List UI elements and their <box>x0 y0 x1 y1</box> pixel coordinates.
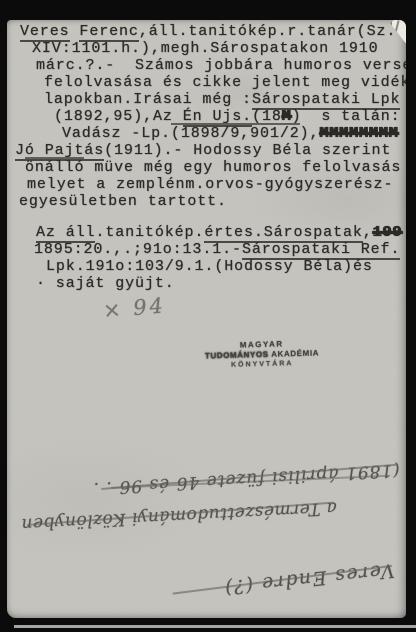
handwritten-signature: Veres Endre (?) <box>164 559 395 605</box>
typed-segment: lapokban.Irásai még : <box>44 91 252 108</box>
typed-line: melyet a zemplénm.orvos-gyógyszerész- <box>7 176 406 193</box>
typed-line: önálló müve még egy humoros felolvasás <box>7 159 406 176</box>
scan-edge-stripe <box>14 625 416 628</box>
typed-segment: (1898/9,901/2 <box>171 123 300 142</box>
typed-line: Veres Ferenc,áll.tanitókép.r.tanár(Sz. <box>7 23 406 40</box>
library-stamp: MAGYAR TUDOMÁNYOS AKADÉMIA KÖNYVTÁRA <box>195 338 330 371</box>
typed-segment: ) s talán: <box>292 108 401 125</box>
typed-segment: , <box>363 224 373 241</box>
typed-segment: ), <box>300 125 320 142</box>
handwritten-note-1891: (1891 áprilisi füzete 46 és 96 . . <box>92 460 401 499</box>
typed-line: Az áll.tanitókép.értes.Sárospatak,199 <box>7 224 406 241</box>
typed-segment: 199 <box>373 224 403 241</box>
typed-line: · saját gyüjt. <box>7 275 406 292</box>
stamp-line-2-word2: AKADÉMIA <box>269 349 320 359</box>
typed-line: XIV:1101.h.),megh.Sárospatakon 1910 <box>7 40 406 57</box>
typed-line: Vadász -Lp.(1898/9,901/2),MMMMMMMM <box>7 125 406 142</box>
typed-segment: .tanitókép. <box>95 224 204 241</box>
typed-line: felolvasása és cikke jelent meg vidéki <box>7 74 406 91</box>
typed-line: Lpk.191o:103/9.1.(Hodossy Béla)és <box>7 258 406 275</box>
typed-line: egyesületben tartott. <box>7 193 406 210</box>
typed-segment: XIV:1101.h.),megh.Sárospatakon 1910 <box>32 40 379 57</box>
typed-segment: melyet a zemplénm.orvos-gyógyszerész- <box>27 176 393 193</box>
typed-segment: 1895:20.,.;91o:13.1.- <box>34 241 242 258</box>
typed-segment <box>70 23 80 40</box>
typed-segment: Vadász -Lp. <box>62 125 171 142</box>
typed-segment: egyesületben tartott. <box>19 193 227 210</box>
pencil-shelf-mark: × 94 <box>102 293 167 322</box>
typed-line: 1895:20.,.;91o:13.1.-Sárospataki Ref. <box>7 241 406 258</box>
typed-segment: felolvasása és cikke jelent meg vidéki <box>44 74 406 91</box>
typed-segment: ,áll.tanitókép.r.tanár(Sz. <box>139 23 396 40</box>
typed-segment: (1911).- Hodossy Béla szerint <box>104 142 391 159</box>
typed-text-block: Veres Ferenc,áll.tanitókép.r.tanár(Sz.XI… <box>7 23 406 292</box>
typed-line: lapokban.Irásai még :Sárospataki Lpk <box>7 91 406 108</box>
typed-segment: · saját gyüjt. <box>36 275 175 292</box>
typed-segment: önálló <box>25 157 84 176</box>
handwritten-note-termeszet: a Természettudományi Közlönyben <box>17 498 338 535</box>
typed-segment: (1892,95),Az <box>54 108 183 125</box>
catalog-card: Veres Ferenc,áll.tanitókép.r.tanár(Sz.XI… <box>7 20 406 618</box>
stamp-line-2-word1: TUDOMÁNYOS <box>205 350 269 361</box>
scan-page: { "colors":{ "frame":"#0b0b0b", "card_ba… <box>0 0 416 632</box>
typed-segment: Lpk.191o:103/9.1.(Hodossy Béla)és <box>46 258 373 275</box>
typed-segment: müve még egy humoros felolvasás <box>84 159 401 176</box>
typed-line: márc.?.- Számos jobbára humoros verse <box>7 57 406 74</box>
typed-segment: MMMMMMMM <box>319 125 398 142</box>
typed-segment: márc.?.- Számos jobbára humoros verse <box>36 57 406 74</box>
